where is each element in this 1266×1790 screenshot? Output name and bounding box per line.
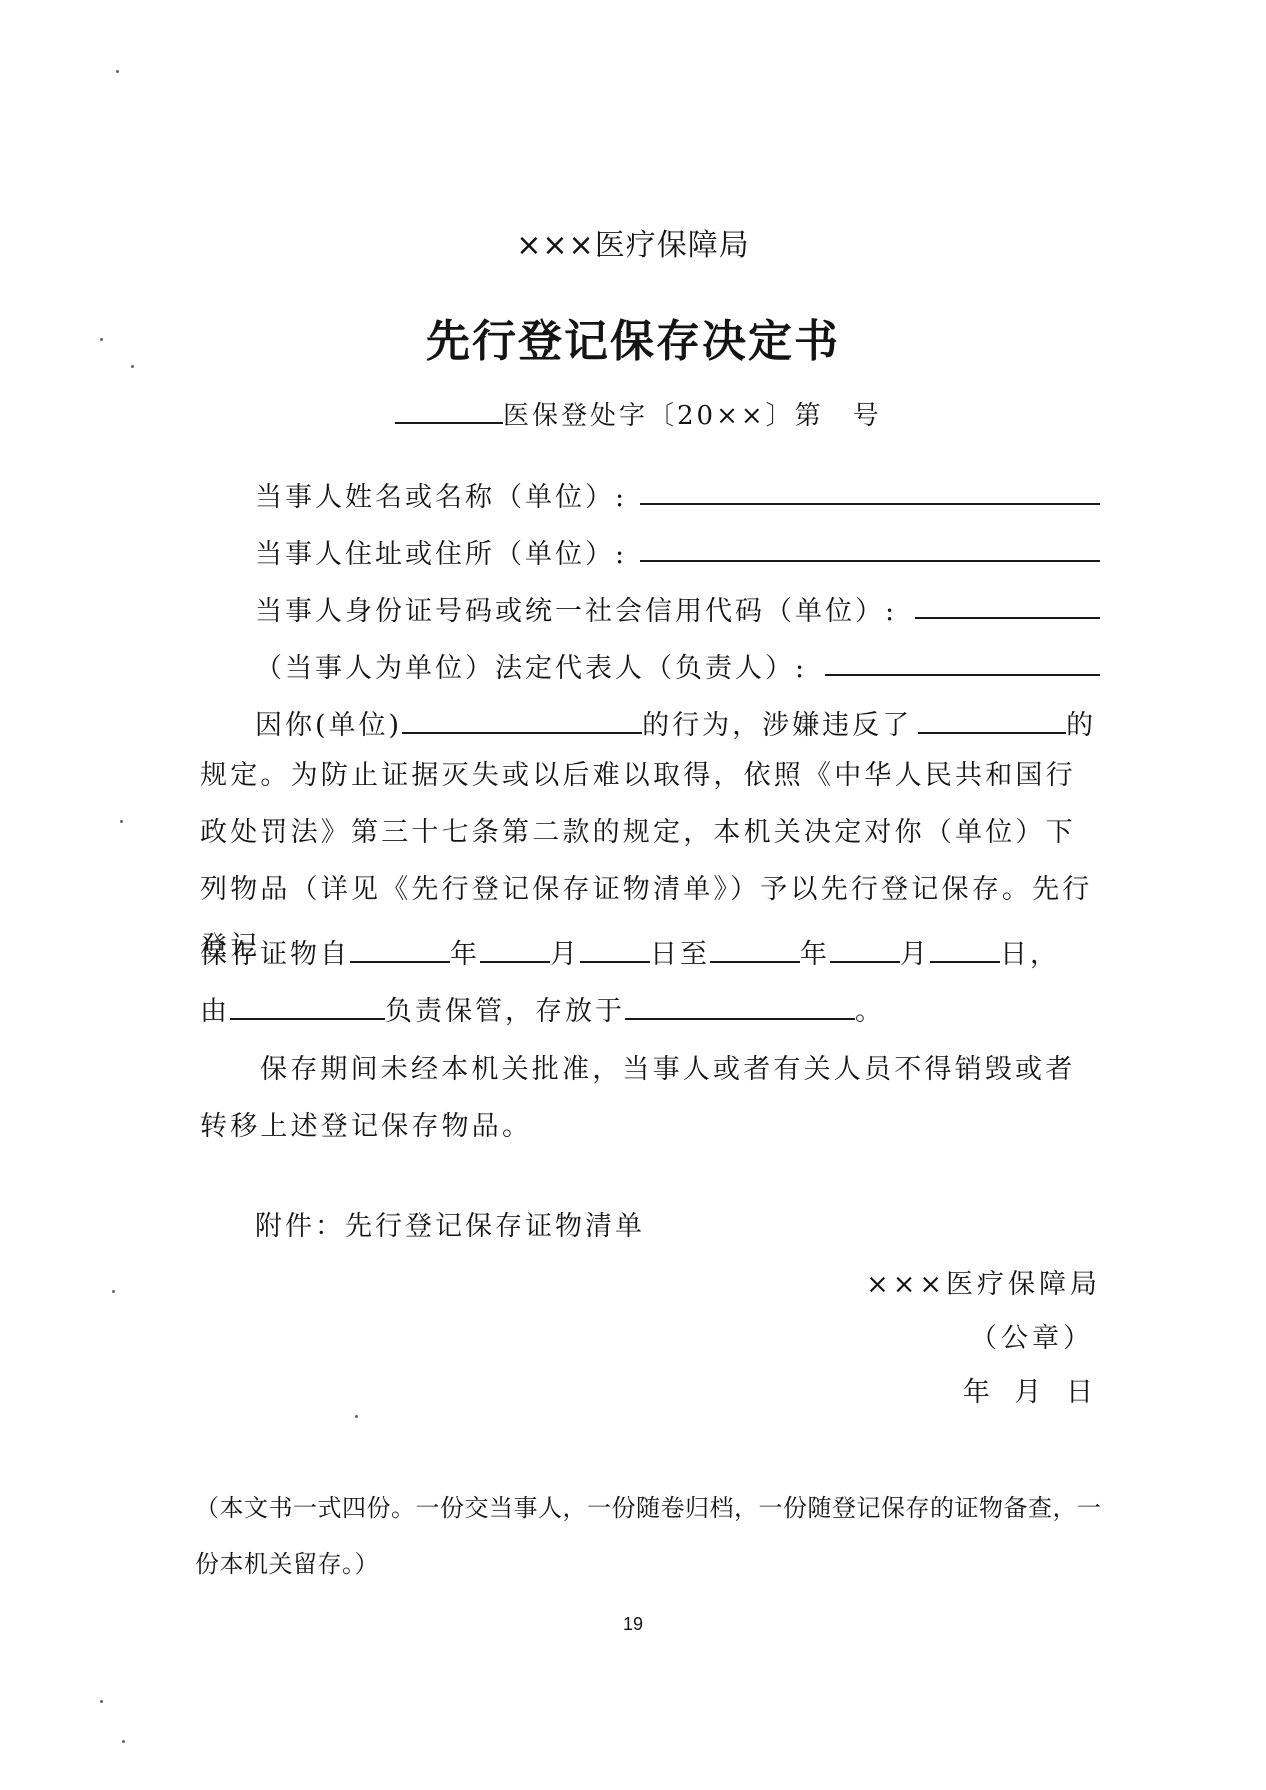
custody-line: 由负责保管，存放于。 [200, 989, 885, 1028]
field-party-name: 当事人姓名或名称（单位）: [255, 475, 627, 514]
field-label: （当事人为单位）法定代表人（负责人）: [255, 653, 807, 684]
legal-rep-blank[interactable] [825, 648, 1100, 676]
scan-speck [112, 1290, 115, 1293]
party-name-blank[interactable] [640, 477, 1100, 505]
scan-speck [100, 1700, 103, 1703]
scan-speck [120, 820, 123, 823]
start-day-blank[interactable] [580, 935, 650, 963]
body-paragraph-2: 保存期间未经本机关批准，当事人或者有关人员不得销毁或者转移上述登记保存物品。 [200, 1041, 1100, 1155]
scan-speck [355, 1415, 358, 1418]
issuing-agency: ×××医疗保障局 [0, 220, 1266, 264]
start-year-blank[interactable] [350, 935, 450, 963]
doc-number-prefix-blank[interactable] [395, 396, 503, 424]
document-number: 医保登处字〔20××〕第 号 [395, 395, 882, 432]
field-party-address: 当事人住址或住所（单位）: [255, 532, 627, 571]
doc-number-text: 医保登处字〔20××〕第 号 [503, 401, 882, 431]
regulation-blank[interactable] [918, 706, 1066, 734]
signature-agency: ×××医疗保障局 [866, 1262, 1101, 1301]
field-label: 当事人姓名或名称（单位）: [255, 482, 627, 513]
scan-speck [122, 1740, 125, 1743]
end-month-blank[interactable] [830, 935, 900, 963]
field-label: 当事人身份证号码或统一社会信用代码（单位）: [255, 596, 897, 627]
footer-note: （本文书一式四份。一份交当事人，一份随卷归档，一份随登记保存的证物备查，一份本机… [195, 1480, 1105, 1592]
attachment-note: 附件：先行登记保存证物清单 [255, 1204, 645, 1243]
storage-location-blank[interactable] [625, 992, 855, 1020]
official-seal: （公章） [970, 1316, 1094, 1355]
page-number: 19 [0, 1614, 1266, 1635]
field-legal-rep: （当事人为单位）法定代表人（负责人）: [255, 646, 807, 685]
scan-speck [116, 70, 119, 73]
field-party-id: 当事人身份证号码或统一社会信用代码（单位）: [255, 589, 897, 628]
document-title: 先行登记保存决定书 [0, 305, 1266, 369]
field-label: 当事人住址或住所（单位）: [255, 539, 627, 570]
signature-date: 年 月 日 [963, 1370, 1101, 1409]
start-month-blank[interactable] [480, 935, 550, 963]
party-id-blank[interactable] [915, 591, 1100, 619]
body-line-1: 因你(单位)的行为，涉嫌违反了的 [255, 703, 1096, 742]
date-range-line: 保存证物自年月日至年月日， [200, 932, 1060, 971]
behavior-blank[interactable] [402, 706, 642, 734]
end-day-blank[interactable] [930, 935, 1000, 963]
end-year-blank[interactable] [710, 935, 800, 963]
party-address-blank[interactable] [640, 534, 1100, 562]
custodian-blank[interactable] [230, 992, 385, 1020]
